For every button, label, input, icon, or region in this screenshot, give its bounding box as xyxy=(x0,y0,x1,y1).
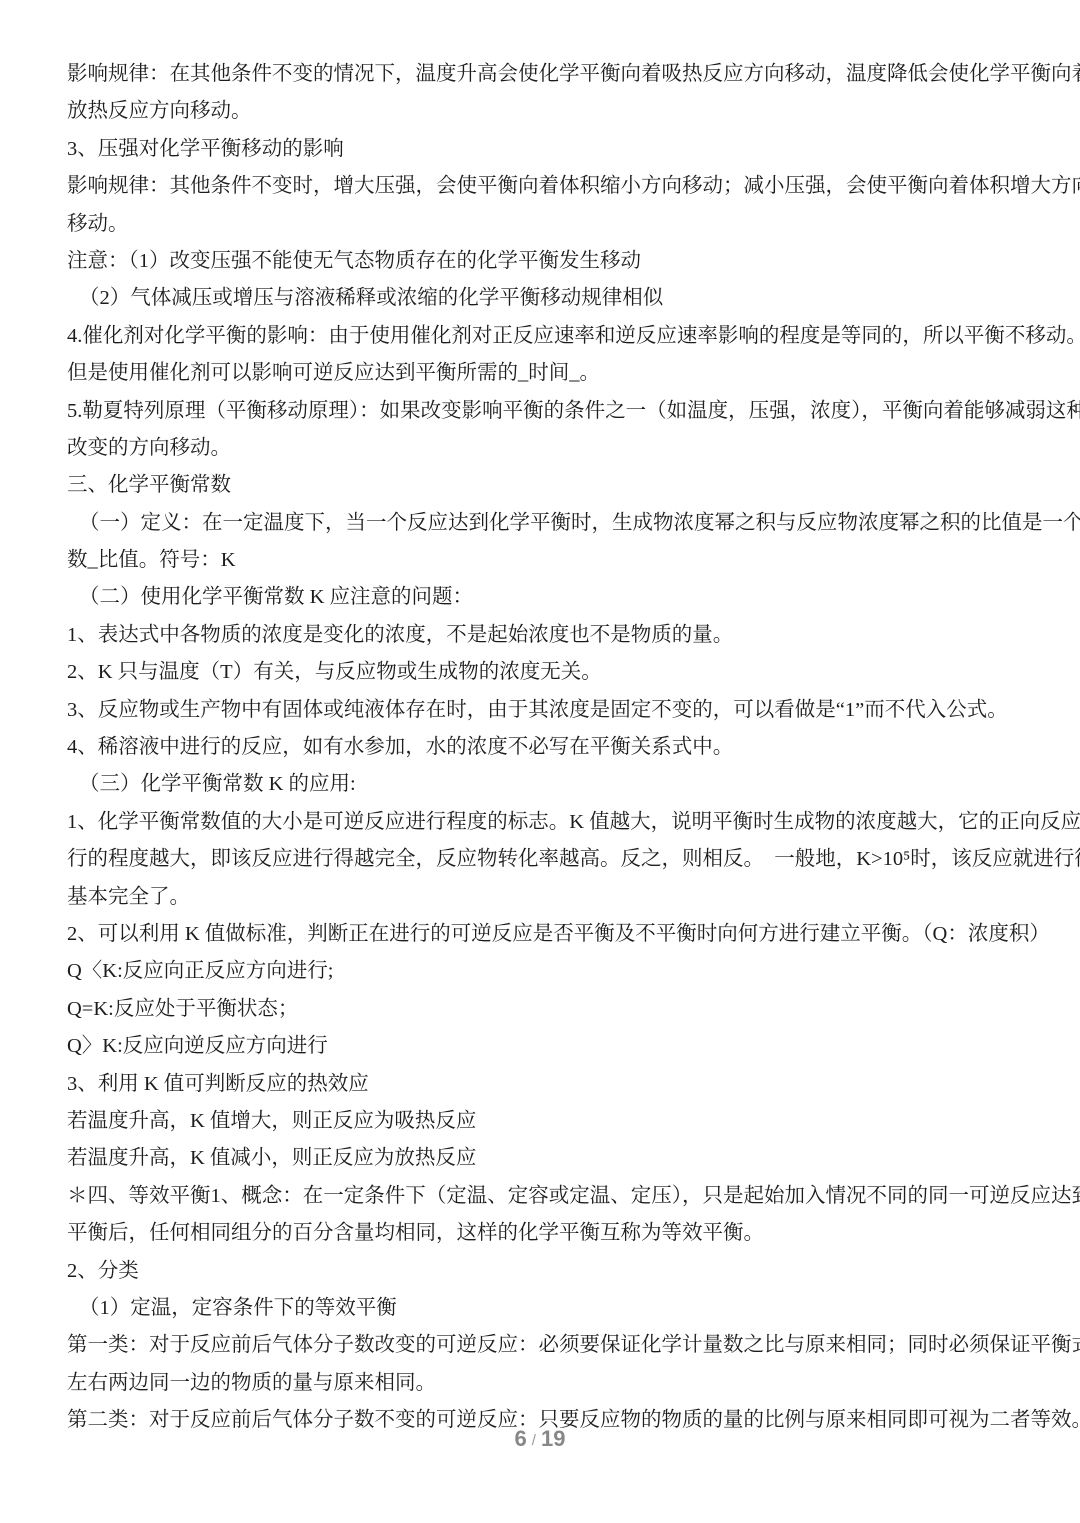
text-line: 数_比值。符号：K xyxy=(67,542,1020,579)
text-line: （三）化学平衡常数 K 的应用: xyxy=(67,766,1020,803)
page-number-current: 6 xyxy=(515,1426,527,1451)
text-line: 影响规律：在其他条件不变的情况下，温度升高会使化学平衡向着吸热反应方向移动，温度… xyxy=(67,56,1020,93)
text-line: Q=K:反应处于平衡状态； xyxy=(67,991,1020,1028)
page-number-total: 19 xyxy=(541,1426,565,1451)
text-line: 放热反应方向移动。 xyxy=(67,93,1020,130)
text-line: 行的程度越大，即该反应进行得越完全，反应物转化率越高。反之，则相反。 一般地，K… xyxy=(67,841,1020,878)
text-line: 三、化学平衡常数 xyxy=(67,467,1020,504)
text-line: 3、压强对化学平衡移动的影响 xyxy=(67,131,1020,168)
text-line: （1）定温，定容条件下的等效平衡 xyxy=(67,1290,1020,1327)
text-line: （一）定义：在一定温度下，当一个反应达到化学平衡时，生成物浓度幂之积与反应物浓度… xyxy=(67,505,1020,542)
text-line: 3、反应物或生产物中有固体或纯液体存在时，由于其浓度是固定不变的，可以看做是“1… xyxy=(67,692,1020,729)
text-line: Q〉K:反应向逆反应方向进行 xyxy=(67,1028,1020,1065)
text-line: 2、K 只与温度（T）有关，与反应物或生成物的浓度无关。 xyxy=(67,654,1020,691)
text-line: 1、表达式中各物质的浓度是变化的浓度，不是起始浓度也不是物质的量。 xyxy=(67,617,1020,654)
text-line: 基本完全了。 xyxy=(67,879,1020,916)
text-line: 影响规律：其他条件不变时，增大压强，会使平衡向着体积缩小方向移动；减小压强，会使… xyxy=(67,168,1020,205)
page-number: 6/19 xyxy=(0,1424,1080,1456)
text-line: 移动。 xyxy=(67,206,1020,243)
text-line: 若温度升高，K 值减小，则正反应为放热反应 xyxy=(67,1140,1020,1177)
text-line: （2）气体减压或增压与溶液稀释或浓缩的化学平衡移动规律相似 xyxy=(67,280,1020,317)
text-line: 2、分类 xyxy=(67,1253,1020,1290)
page-number-separator: / xyxy=(532,1432,536,1449)
text-line: 改变的方向移动。 xyxy=(67,430,1020,467)
document-body: 影响规律：在其他条件不变的情况下，温度升高会使化学平衡向着吸热反应方向移动，温度… xyxy=(67,56,1020,1439)
text-line: 若温度升高，K 值增大，则正反应为吸热反应 xyxy=(67,1103,1020,1140)
text-line: 第一类：对于反应前后气体分子数改变的可逆反应：必须要保证化学计量数之比与原来相同… xyxy=(67,1327,1020,1364)
text-line: 2、可以利用 K 值做标准，判断正在进行的可逆反应是否平衡及不平衡时向何方进行建… xyxy=(67,916,1020,953)
text-line: （二）使用化学平衡常数 K 应注意的问题： xyxy=(67,579,1020,616)
document-page: 影响规律：在其他条件不变的情况下，温度升高会使化学平衡向着吸热反应方向移动，温度… xyxy=(0,0,1080,1523)
text-line: 注意：（1）改变压强不能使无气态物质存在的化学平衡发生移动 xyxy=(67,243,1020,280)
text-line: 左右两边同一边的物质的量与原来相同。 xyxy=(67,1365,1020,1402)
text-line: 5.勒夏特列原理（平衡移动原理）：如果改变影响平衡的条件之一（如温度，压强，浓度… xyxy=(67,393,1020,430)
text-line: ＊四、等效平衡1、概念：在一定条件下（定温、定容或定温、定压），只是起始加入情况… xyxy=(67,1178,1020,1215)
text-line: Q〈K:反应向正反应方向进行; xyxy=(67,953,1020,990)
text-line: 但是使用催化剂可以影响可逆反应达到平衡所需的_时间_。 xyxy=(67,355,1020,392)
text-line: 4、稀溶液中进行的反应，如有水参加，水的浓度不必写在平衡关系式中。 xyxy=(67,729,1020,766)
text-line: 1、化学平衡常数值的大小是可逆反应进行程度的标志。K 值越大，说明平衡时生成物的… xyxy=(67,804,1020,841)
text-line: 平衡后，任何相同组分的百分含量均相同，这样的化学平衡互称为等效平衡。 xyxy=(67,1215,1020,1252)
text-line: 3、利用 K 值可判断反应的热效应 xyxy=(67,1066,1020,1103)
text-line: 4.催化剂对化学平衡的影响：由于使用催化剂对正反应速率和逆反应速率影响的程度是等… xyxy=(67,318,1020,355)
